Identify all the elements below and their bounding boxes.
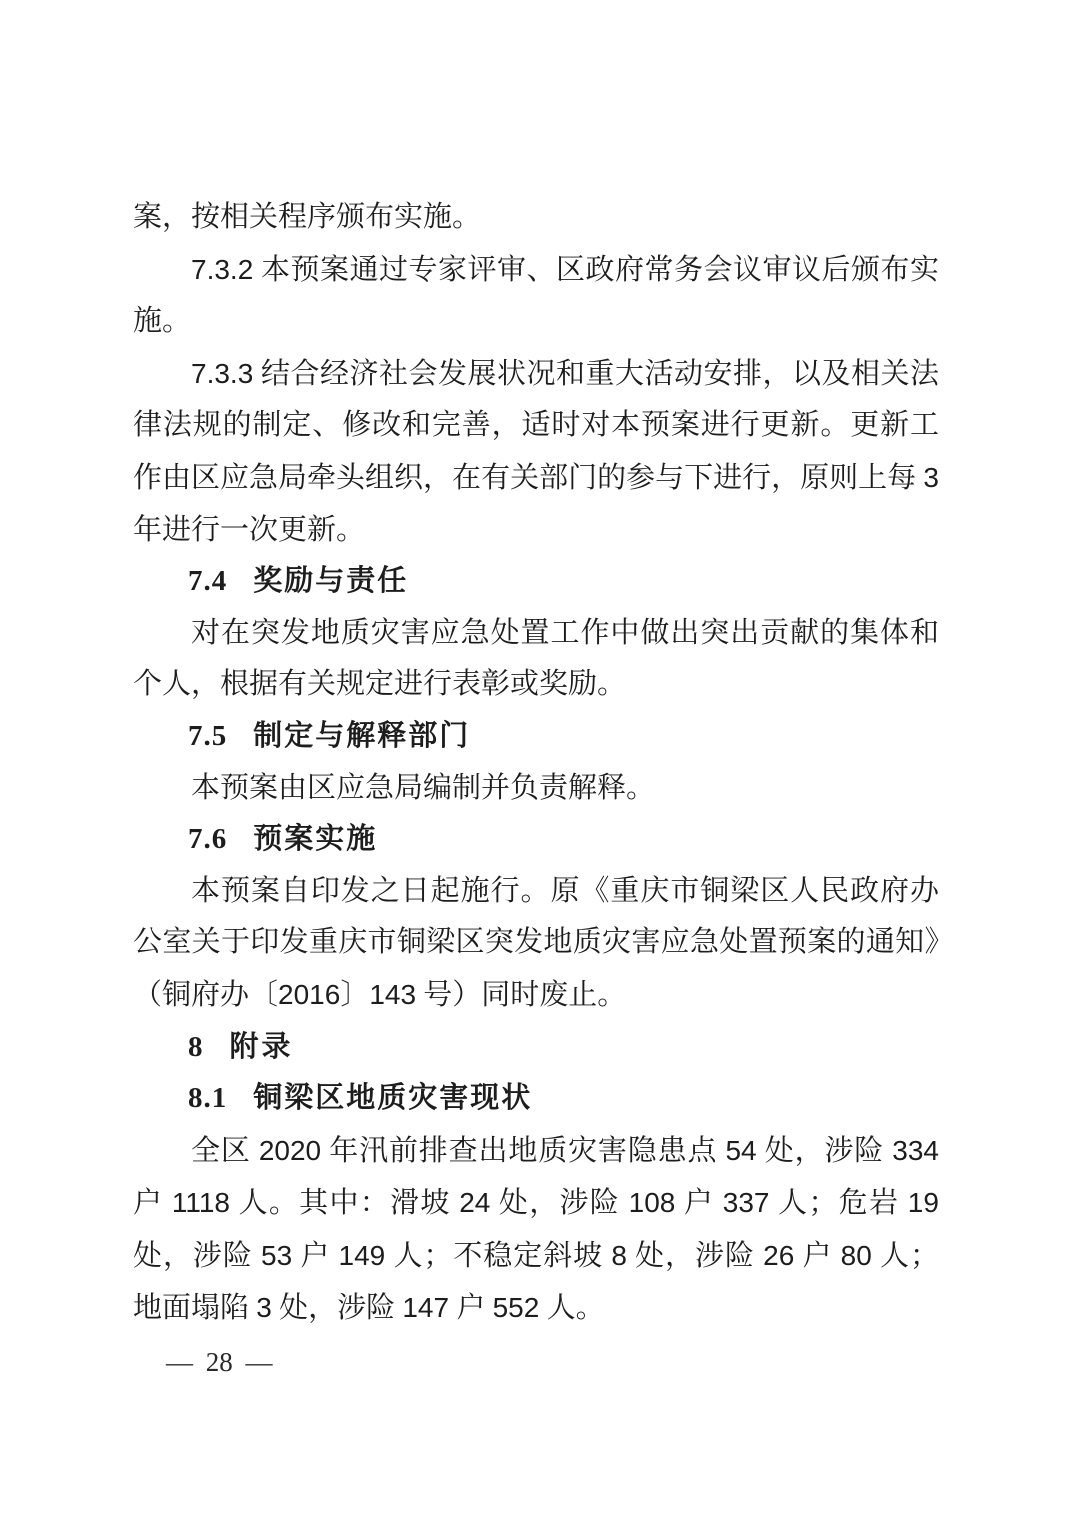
document-page: { "document": { "blocks": [ { "type": "p…	[0, 0, 1074, 1520]
paragraph-7-3-3: 7.3.3 结合经济社会发展状况和重大活动安排，以及相关法律法规的制定、修改和完…	[133, 348, 939, 556]
section-heading-7-5: 7.5制定与解释部门	[133, 711, 939, 763]
section-number: 8	[188, 1022, 204, 1074]
section-heading-7-6: 7.6预案实施	[133, 814, 939, 866]
paragraph-disaster-status: 全区 2020 年汛前排查出地质灾害隐患点 54 处，涉险 334 户 1118…	[133, 1125, 939, 1335]
paragraph-implementation: 本预案自印发之日起施行。原《重庆市铜梁区人民政府办公室关于印发重庆市铜梁区突发地…	[133, 866, 939, 1022]
section-heading-8-1: 8.1铜梁区地质灾害现状	[133, 1073, 939, 1125]
page-number: — 28 —	[166, 1342, 273, 1382]
section-number: 7.4	[188, 556, 227, 608]
section-title: 奖励与责任	[253, 565, 408, 597]
section-heading-8: 8附录	[133, 1022, 939, 1074]
section-title: 预案实施	[253, 823, 377, 855]
section-title: 制定与解释部门	[253, 720, 470, 752]
paragraph-continuation: 案，按相关程序颁布实施。	[133, 192, 939, 244]
section-title: 铜梁区地质灾害现状	[253, 1082, 532, 1114]
page-body-text: 案，按相关程序颁布实施。 7.3.2 本预案通过专家评审、区政府常务会议审议后颁…	[133, 192, 939, 1335]
section-number: 8.1	[188, 1073, 227, 1125]
paragraph-interpretation: 本预案由区应急局编制并负责解释。	[133, 763, 939, 815]
section-number: 7.6	[188, 814, 227, 866]
section-heading-7-4: 7.4奖励与责任	[133, 556, 939, 608]
section-title: 附录	[230, 1031, 294, 1063]
section-number: 7.5	[188, 711, 227, 763]
paragraph-rewards: 对在突发地质灾害应急处置工作中做出突出贡献的集体和个人，根据有关规定进行表彰或奖…	[133, 608, 939, 711]
paragraph-7-3-2: 7.3.2 本预案通过专家评审、区政府常务会议审议后颁布实施。	[133, 244, 939, 348]
